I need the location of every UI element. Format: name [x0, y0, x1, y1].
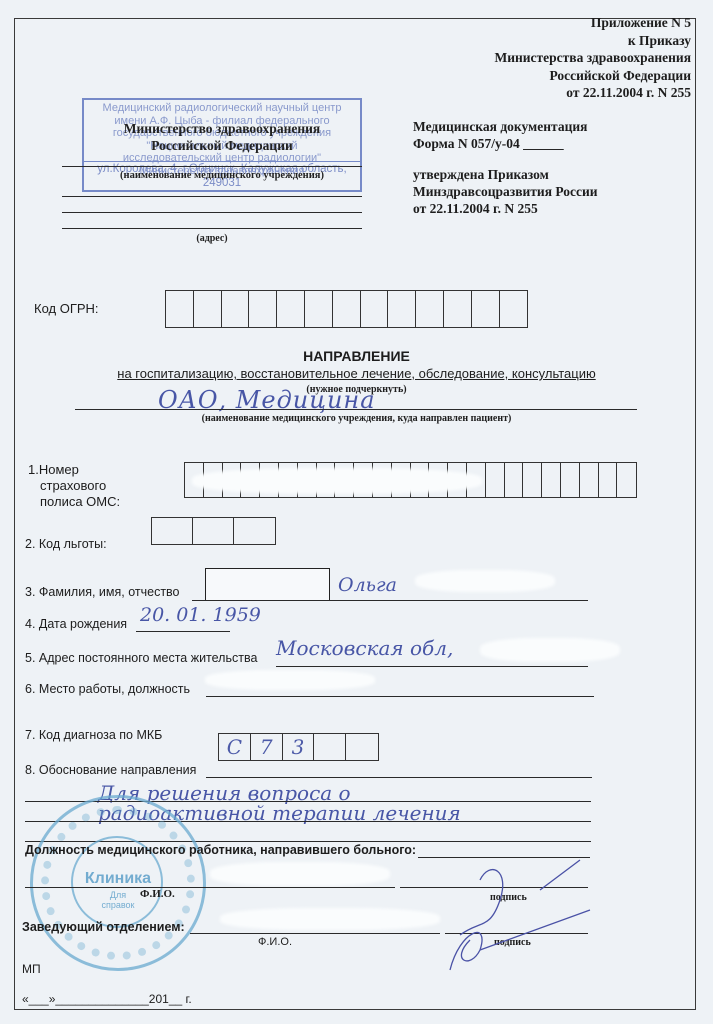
input-box[interactable]: [542, 463, 561, 497]
input-box[interactable]: 7: [251, 734, 283, 760]
mkb-label: 7. Код диагноза по МКБ: [25, 728, 162, 742]
stamp-sub-line: справок: [33, 900, 203, 910]
input-box[interactable]: [505, 463, 524, 497]
head-label: Заведующий отделением:: [22, 920, 185, 934]
input-box[interactable]: [277, 291, 305, 327]
dob-field[interactable]: 20. 01. 1959: [140, 604, 261, 626]
appendix-header: Приложение N 5 к Приказу Министерства зд…: [494, 14, 691, 102]
dob-line: [136, 631, 230, 632]
input-box[interactable]: [314, 734, 346, 760]
input-box[interactable]: [486, 463, 505, 497]
ogrn-input[interactable]: [165, 290, 528, 328]
reason-line: [206, 777, 592, 778]
input-box[interactable]: [444, 291, 472, 327]
form-info: Медицинская документация Форма N 057/у-0…: [413, 118, 598, 217]
approved-line: от 22.11.2004 г. N 255: [413, 200, 598, 217]
appendix-line: Российской Федерации: [494, 67, 691, 85]
address-line: [62, 228, 362, 229]
redaction: [220, 908, 440, 930]
signature-scribble: [420, 840, 600, 980]
date-field[interactable]: «___»______________201__ г.: [22, 992, 192, 1006]
address-label: 5. Адрес постоянного места жительства: [25, 651, 257, 665]
head-fio-field[interactable]: [190, 933, 440, 934]
residence-field[interactable]: Московская обл,: [276, 636, 453, 660]
input-box[interactable]: [388, 291, 416, 327]
input-box[interactable]: 3: [283, 734, 315, 760]
input-box[interactable]: C: [219, 734, 251, 760]
appendix-line: от 22.11.2004 г. N 255: [494, 84, 691, 102]
institution-name: Министерство здравоохранения Российской …: [82, 120, 362, 154]
underline: [62, 166, 362, 167]
input-box[interactable]: [346, 734, 378, 760]
fio-field[interactable]: Ольга: [338, 574, 397, 596]
institution-name-line: Министерство здравоохранения: [82, 120, 362, 137]
stamp-line: Медицинский радиологический научный цент…: [84, 102, 360, 115]
address-line: [276, 666, 588, 667]
redaction-box: [205, 568, 330, 601]
appendix-line: Приложение N 5: [494, 14, 691, 32]
approved-line: Минздравсоцразвития России: [413, 183, 598, 200]
fio-caption: Ф.И.О.: [140, 888, 175, 900]
reason-label: 8. Обоснование направления: [25, 763, 196, 777]
seal-label: МП: [22, 962, 41, 976]
stamp-clinic-name: Клиника: [33, 870, 203, 888]
dob-label: 4. Дата рождения: [25, 617, 127, 631]
redaction: [480, 638, 620, 662]
clinic-stamp: Клиника Для справок: [30, 795, 206, 971]
benefit-label: 2. Код льготы:: [25, 537, 107, 551]
fio-caption: Ф.И.О.: [258, 936, 292, 948]
redaction: [415, 570, 555, 592]
institution-name-line: Российской Федерации: [82, 137, 362, 154]
input-box[interactable]: [561, 463, 580, 497]
work-label: 6. Место работы, должность: [25, 682, 190, 696]
input-box[interactable]: [523, 463, 542, 497]
input-box[interactable]: [222, 291, 250, 327]
form-doc-line: Медицинская документация: [413, 118, 598, 135]
ogrn-label: Код ОГРН:: [34, 301, 99, 316]
doctor-position-label: Должность медицинского работника, направ…: [25, 843, 416, 857]
doctor-fio-field[interactable]: [25, 887, 395, 888]
redaction: [205, 670, 375, 690]
address-line: [62, 212, 362, 213]
oms-label-line: полиса ОМС:: [28, 494, 120, 510]
referral-subtitle: на госпитализацию, восстановительное леч…: [0, 366, 713, 381]
input-box[interactable]: [599, 463, 618, 497]
input-box[interactable]: [166, 291, 194, 327]
input-box[interactable]: [333, 291, 361, 327]
input-box[interactable]: [472, 291, 500, 327]
work-field[interactable]: [206, 696, 594, 697]
input-box[interactable]: [193, 518, 234, 544]
form-number: Форма N 057/у-04 ______: [413, 135, 598, 152]
input-box[interactable]: [361, 291, 389, 327]
input-box[interactable]: [580, 463, 599, 497]
stamp-sub-line: Для: [33, 890, 203, 900]
fio-line: [192, 600, 588, 601]
address-line: [62, 196, 362, 197]
redaction: [210, 862, 390, 886]
input-box[interactable]: [416, 291, 444, 327]
oms-label-line: 1.Номер: [28, 462, 120, 478]
oms-label-line: страхового: [28, 478, 120, 494]
referral-title: НАПРАВЛЕНИЕ: [0, 348, 713, 364]
institution-caption: (наименование медицинского учреждения): [82, 170, 362, 181]
address-caption: (адрес): [62, 233, 362, 244]
mkb-code-input[interactable]: C73: [218, 733, 379, 761]
approved-line: утверждена Приказом: [413, 166, 598, 183]
destination-line: [75, 409, 637, 410]
input-box[interactable]: [500, 291, 528, 327]
redaction: [192, 468, 482, 494]
oms-label: 1.Номер страхового полиса ОМС:: [28, 462, 120, 510]
input-box[interactable]: [249, 291, 277, 327]
fio-label: 3. Фамилия, имя, отчество: [25, 585, 180, 599]
benefit-code-input[interactable]: [151, 517, 276, 545]
appendix-line: Министерства здравоохранения: [494, 49, 691, 67]
stamp-subtext: Для справок: [33, 890, 203, 910]
input-box[interactable]: [152, 518, 193, 544]
input-box[interactable]: [194, 291, 222, 327]
appendix-line: к Приказу: [494, 32, 691, 50]
input-box[interactable]: [305, 291, 333, 327]
input-box[interactable]: [617, 463, 636, 497]
input-box[interactable]: [234, 518, 275, 544]
destination-caption: (наименование медицинского учреждения, к…: [0, 413, 713, 424]
